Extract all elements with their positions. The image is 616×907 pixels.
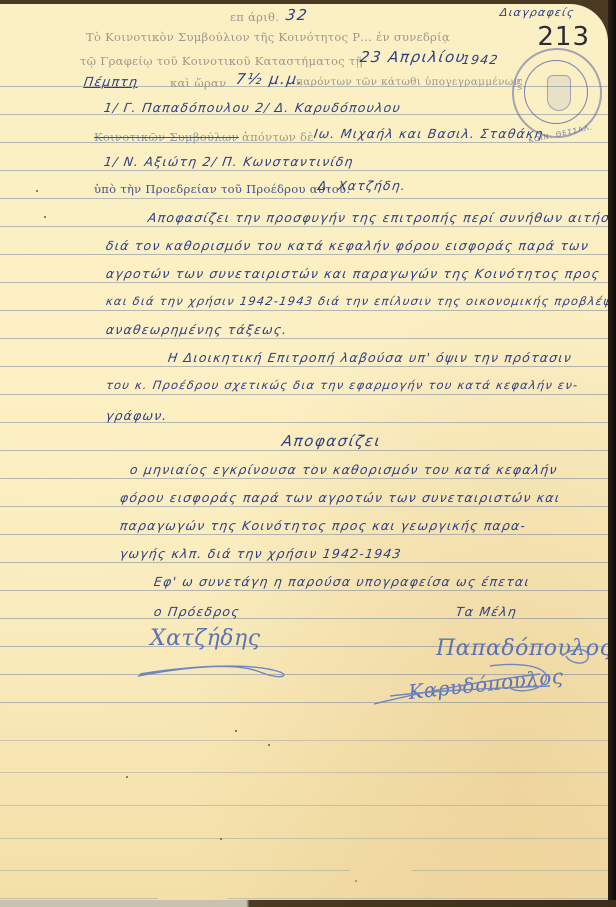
para3-line4: γωγής κλπ. διά την χρήσιν 1942-1943	[119, 546, 403, 561]
ruled-line	[0, 170, 608, 171]
ruled-line	[0, 590, 608, 591]
printed-line-office: τῷ Γραφείῳ τοῦ Κοινοτικοῦ Καταστήματος τ…	[80, 54, 363, 68]
ruled-line	[0, 310, 608, 311]
ruled-line	[228, 898, 608, 899]
ruled-line	[0, 198, 608, 199]
session-date: 23 Απριλίου	[359, 48, 468, 66]
ruled-line	[0, 534, 608, 535]
session-time: 7½ μ.μ.	[235, 70, 306, 88]
ruled-line	[0, 898, 158, 899]
ruled-line	[0, 450, 608, 451]
printed-session-label: επ άριθ.	[230, 10, 279, 24]
printed-line-council: Τὸ Κοινοτικὸν Συμβούλιον τῆς Κοινότητος …	[86, 30, 450, 44]
ruled-line	[0, 226, 608, 227]
stamp-side-text: ΕΛΛ.	[515, 79, 522, 93]
top-right-note: Διαγραφείς	[499, 6, 575, 19]
official-stamp: ΚΟΙΝ. ΘΕΣΣΑΛ. ΕΛΛ.	[512, 48, 602, 138]
printed-present-label: παρόντων τῶν κάτωθι ὑπογεγραμμένων	[296, 76, 520, 88]
para1-line2: διά τον καθορισμόν του κατά κεφαλήν φόρο…	[105, 238, 590, 253]
session-year: 1942	[461, 52, 500, 67]
ruled-line	[0, 478, 608, 479]
document-page: επ άριθ. 32 Διαγραφείς 213 Τὸ Κοινοτικὸν…	[0, 4, 608, 900]
session-number: 32	[285, 6, 310, 24]
paper-speck	[235, 730, 237, 732]
coat-of-arms-icon	[547, 75, 571, 111]
paper-speck	[36, 190, 38, 192]
para2-line3: γράφων.	[105, 408, 169, 423]
signature-flourish-left	[130, 644, 300, 684]
present-members: 1/ Γ. Παπαδόπουλου 2/ Δ. Καρυδόπουλου	[103, 100, 402, 115]
paper-speck	[268, 744, 270, 746]
ruled-line	[0, 618, 608, 619]
para1-line5: αναθεωρημένης τάξεως.	[105, 322, 289, 337]
para1-line1: Αποφασίζει την προσφυγήν της επιτροπής π…	[147, 210, 608, 225]
printed-presidency: ὑπὸ τὴν Προεδρείαν τοῦ Προέδρου αὐτοῦ.	[94, 182, 350, 196]
paper-speck	[126, 776, 128, 778]
para2-line1: Η Διοικητική Επιτροπή λαβούσα υπ' όψιν τ…	[167, 350, 573, 365]
president-name: Δ. Χατζήδη.	[317, 178, 407, 193]
printed-hour-label: καὶ ὥραν	[170, 76, 226, 90]
session-weekday: Πέμπτη	[83, 74, 139, 89]
para2-line2: του κ. Προέδρου σχετικώς δια την εφαρμογ…	[105, 378, 579, 392]
paper-speck	[355, 880, 357, 882]
ruled-line	[0, 506, 608, 507]
page-edge-shadow	[608, 0, 616, 907]
ruled-line	[0, 254, 608, 255]
signature-flourish-right-2	[370, 660, 570, 710]
absent-members-cont: 1/ Ν. Αξιώτη 2/ Π. Κωνσταντινίδη	[103, 154, 355, 169]
ruled-line	[412, 870, 608, 871]
para1-line3: αγροτών των συνεταιριστών και παραγωγών …	[105, 266, 601, 281]
paper-speck	[220, 838, 222, 840]
paper-speck	[44, 216, 46, 218]
ruled-line	[0, 338, 608, 339]
ruled-line	[0, 805, 608, 806]
ruled-line	[0, 838, 608, 839]
signature-label-president: ο Πρόεδρος	[153, 604, 241, 619]
ruled-line	[0, 562, 608, 563]
ruled-line	[0, 740, 608, 741]
ruled-line	[0, 366, 608, 367]
para3-line1: ο μηνιαίος εγκρίνουσα τον καθορισμόν του…	[129, 462, 559, 477]
para3-line3: παραγωγών της Κοινότητος προς και γεωργι…	[119, 518, 527, 533]
para3-line2: φόρου εισφοράς παρά των αγροτών των συνε…	[119, 490, 561, 505]
para1-line4: και διά την χρήσιν 1942-1943 διά την επί…	[105, 294, 608, 308]
scan-bottom-edge	[0, 900, 616, 907]
ruled-line	[0, 422, 608, 423]
decision-heading: Αποφασίζει	[281, 432, 383, 450]
closing-line: Εφ' ω συνετάγη η παρούσα υπογραφείσα ως …	[153, 574, 531, 589]
ruled-line	[0, 870, 350, 871]
ruled-line	[0, 282, 608, 283]
signature-label-members: Τα Μέλη	[455, 604, 518, 619]
absent-members: Ιω. Μιχαήλ και Βασιλ. Σταθάκη	[313, 126, 545, 141]
printed-absent-label: ἀπόντων δὲ	[242, 130, 314, 144]
ruled-line	[0, 772, 608, 773]
stamp-inner-ring	[524, 60, 588, 124]
printed-struck-councillors: Κοινοτικῶν Συμβούλων	[94, 130, 239, 144]
ruled-line	[0, 394, 608, 395]
